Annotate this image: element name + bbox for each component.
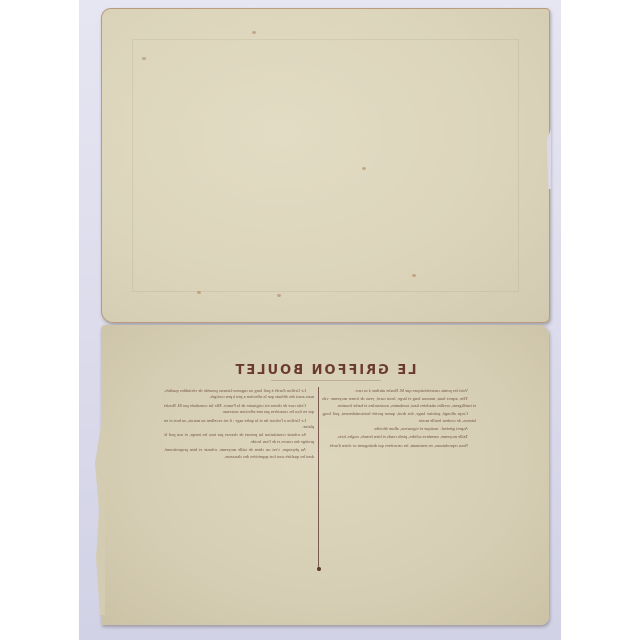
paragraph: Cette race de chiens est originaire de l… bbox=[164, 403, 314, 416]
foxing-spot bbox=[142, 57, 146, 60]
paragraph: Au physique, c'est un chien de taille mo… bbox=[164, 447, 314, 460]
paragraph: Tête, aspect haut, museau long et large,… bbox=[322, 396, 476, 409]
foxing-spot bbox=[277, 294, 281, 297]
paragraph: Taille moyenne, membres solides, pieds r… bbox=[322, 434, 476, 440]
mirrored-title: LE GRIFFON BOULET bbox=[101, 363, 549, 378]
column-divider bbox=[318, 387, 319, 569]
paragraph: Sa robuste constitution lui permet de ch… bbox=[164, 432, 314, 445]
paragraph: Nous reproduisons, en terminant, les car… bbox=[322, 443, 476, 449]
paragraph: Corps allongé, poitrine large, dos droit… bbox=[322, 411, 476, 424]
text-column-right: Voici les points caractéristiques que M.… bbox=[322, 388, 476, 568]
foxing-spot bbox=[197, 291, 201, 294]
paragraph: Le Griffon d'arrêt à poil long ou rugueu… bbox=[164, 388, 314, 401]
plate-mark bbox=[132, 39, 519, 292]
bottom-paper-sheet: LE GRIFFON BOULET Voici les points carac… bbox=[101, 325, 549, 625]
paragraph: Aspect général : rustique et vigoureux, … bbox=[322, 426, 476, 432]
top-paper-sheet bbox=[101, 8, 550, 323]
paragraph: Le Griffon a l'odorat fin et la quête sa… bbox=[164, 418, 314, 431]
foxing-spot bbox=[362, 167, 366, 170]
text-column-left: Le Griffon d'arrêt à poil long ou rugueu… bbox=[164, 388, 314, 568]
foxing-spot bbox=[252, 31, 256, 34]
title-rule bbox=[271, 380, 381, 381]
foxing-spot bbox=[412, 274, 416, 277]
paragraph: Voici les points caractéristiques que M.… bbox=[322, 388, 476, 394]
